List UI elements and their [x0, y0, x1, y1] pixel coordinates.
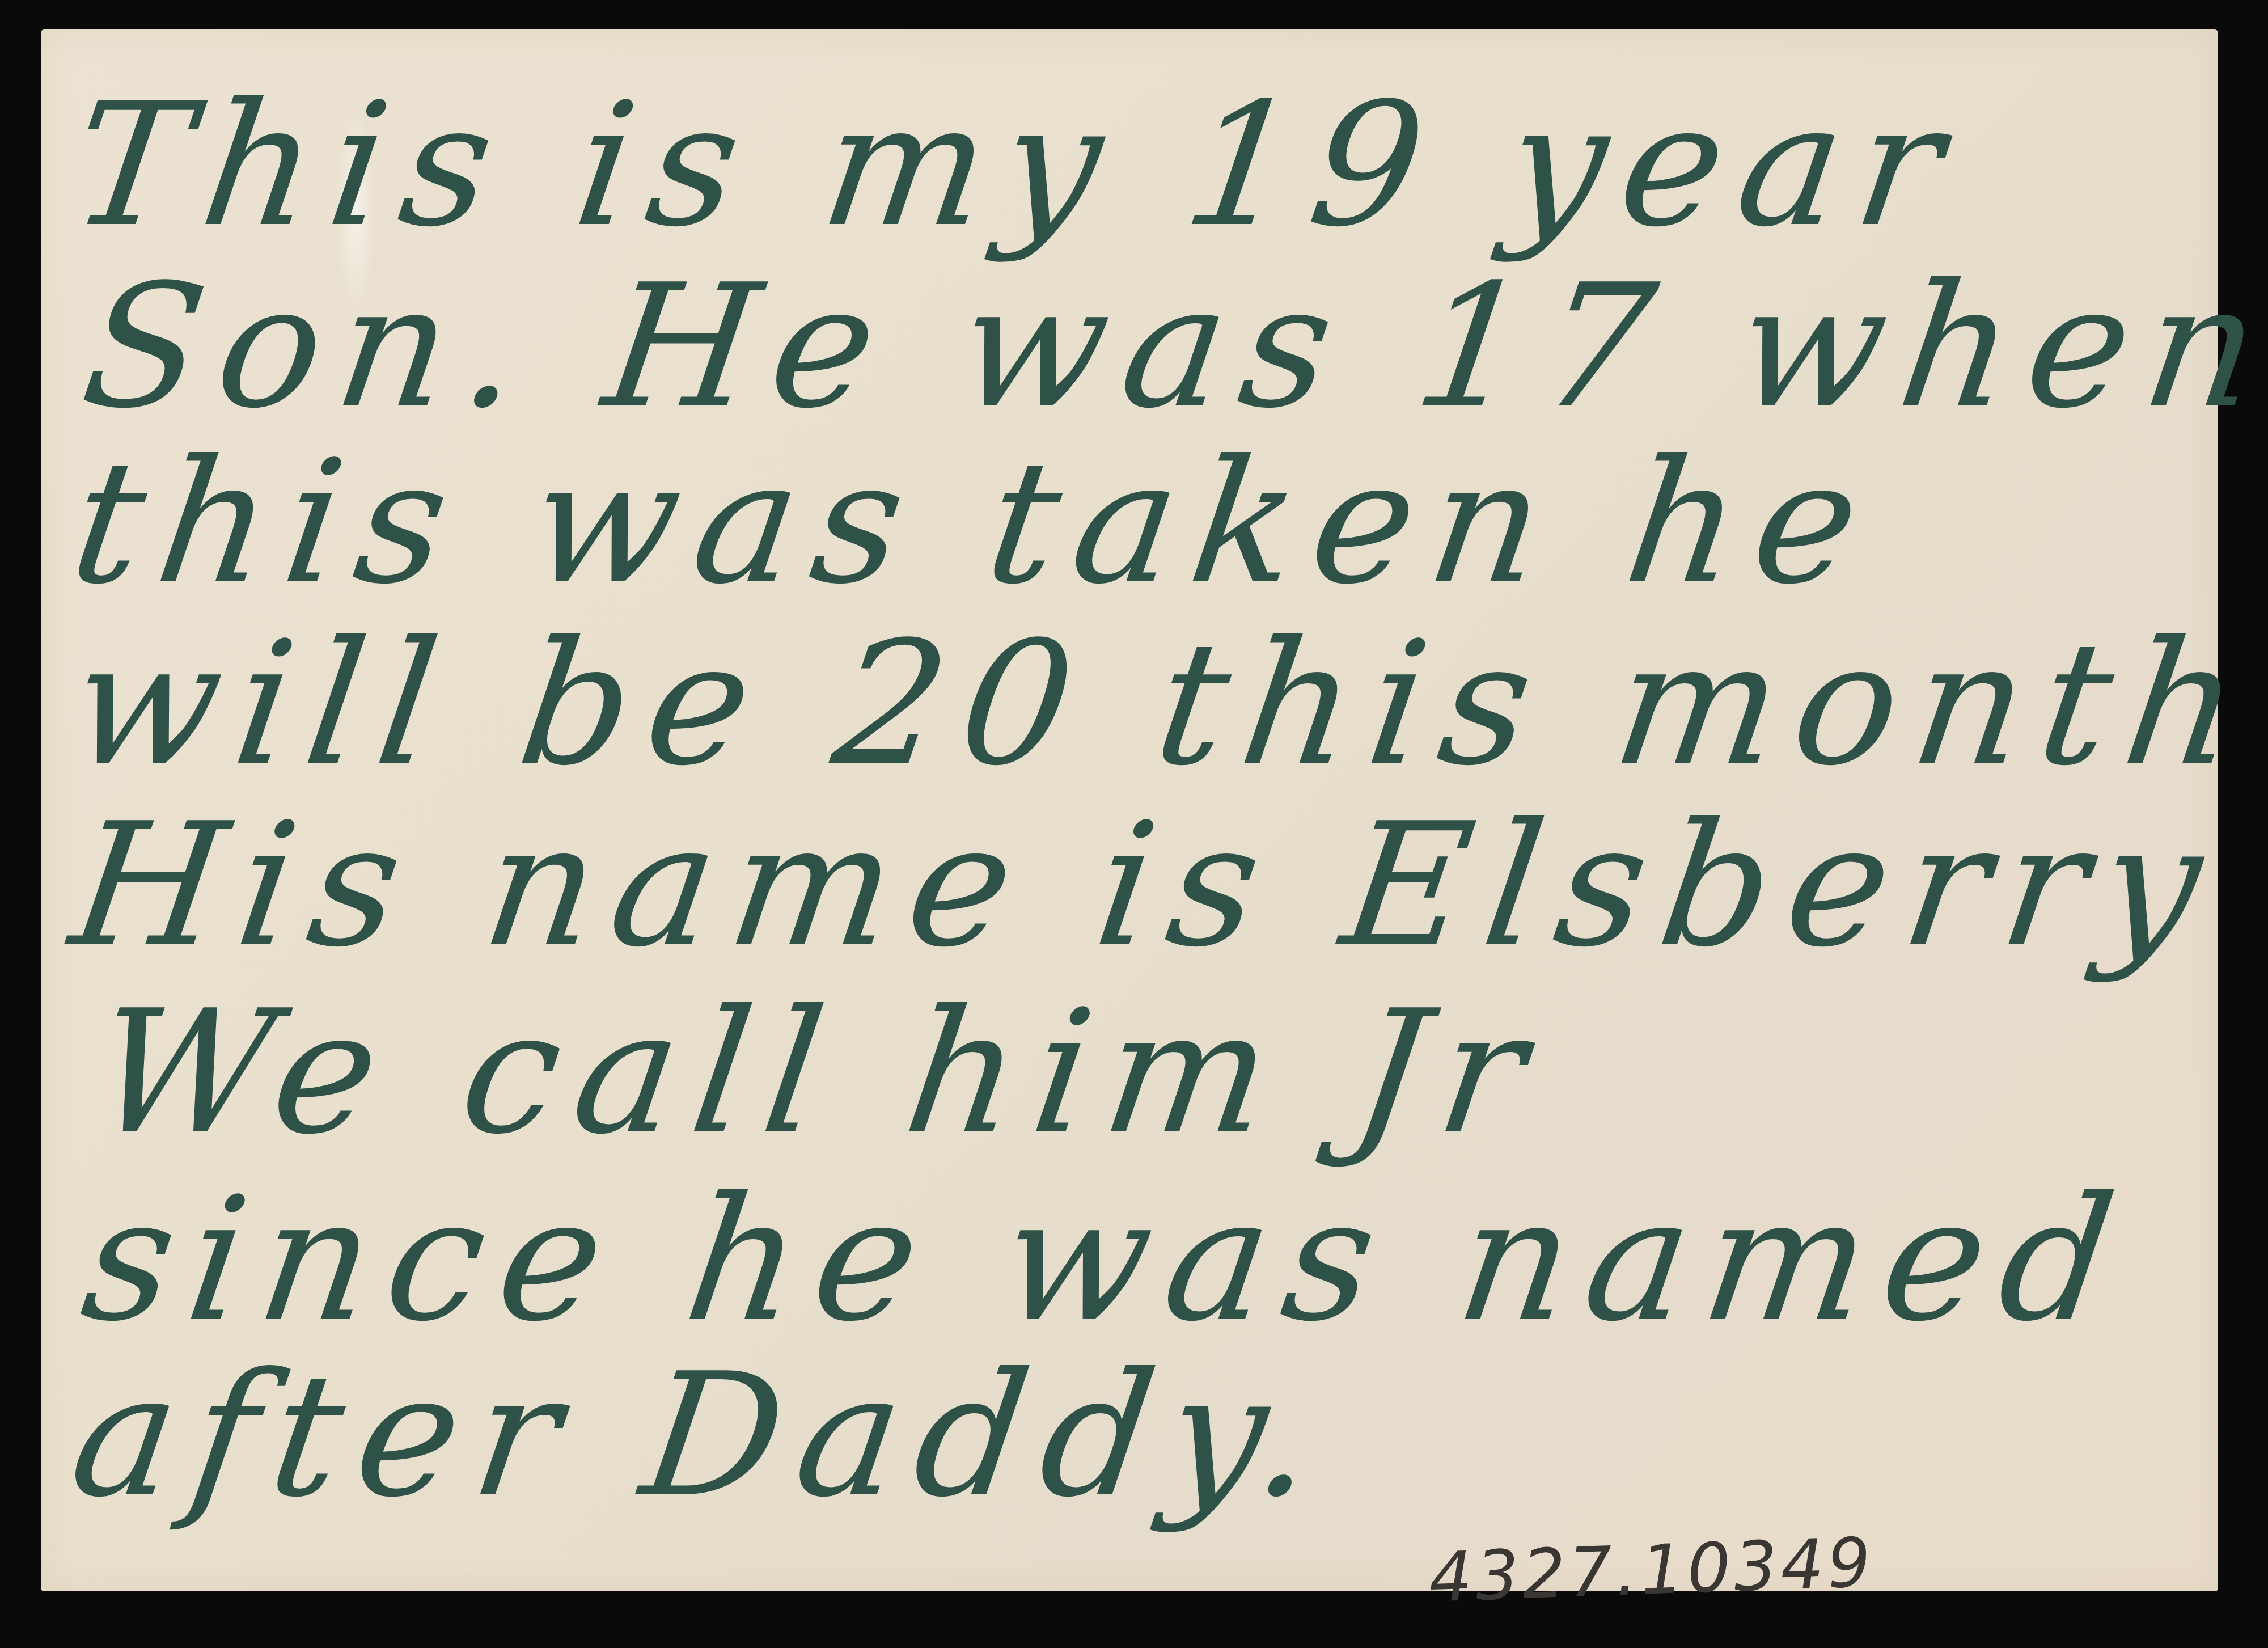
handwritten-card: This is my 19 year Son. He was 17 when t… — [41, 29, 2218, 1591]
handwritten-line-7: since he was named — [74, 1175, 2140, 1345]
handwritten-line-4: will be 20 this month — [63, 619, 2266, 789]
handwritten-line-5: His name is Elsberry — [63, 801, 2228, 971]
handwritten-line-1: This is my 19 year — [63, 81, 1969, 251]
handwritten-line-8: after Daddy. — [63, 1351, 1343, 1521]
handwritten-line-2: Son. He was 17 when — [74, 262, 2268, 432]
handwritten-line-3: this was taken he — [63, 438, 1885, 608]
catalog-number: 4327.10349 — [1428, 1523, 1876, 1617]
handwritten-line-6: We call him Jr — [86, 988, 1552, 1158]
